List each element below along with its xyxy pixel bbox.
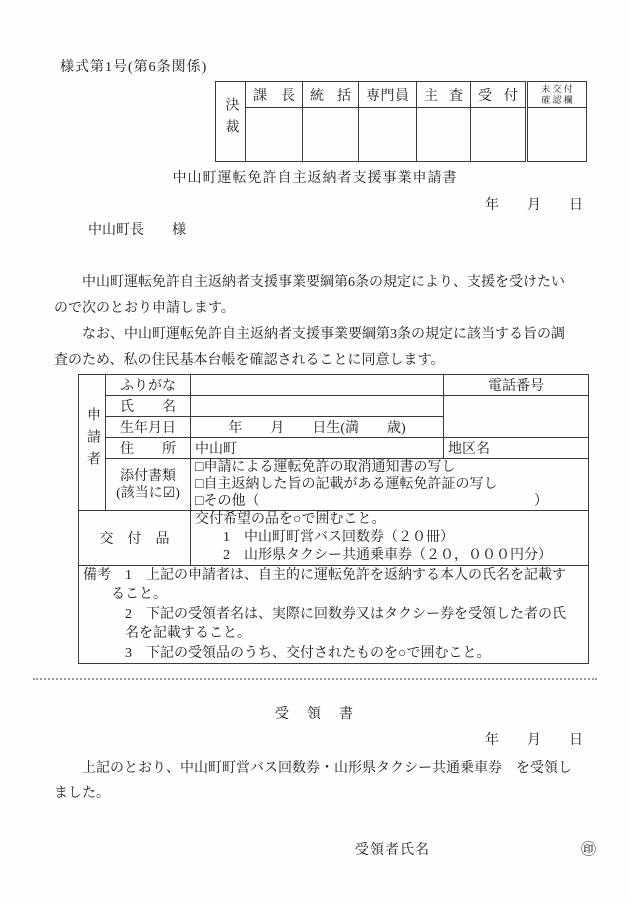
receipt-title: 受 領 書 [0, 703, 630, 723]
remarks-line: 名を記載すること。 [83, 624, 584, 643]
statement-line: 中山町運転免許自主返納者支援事業要綱第6条の規定により、支援を受けたい [54, 270, 579, 296]
remarks-line: 備考 1 上記の申請者は、自主的に運転免許を返納する本人の氏名を記載す [83, 566, 584, 585]
remarks-line: 2 下記の受領者名は、実際に回数券又はタクシー券を受領した者の氏 [83, 605, 584, 624]
stamp-cell-chief-examiner[interactable] [417, 108, 471, 162]
stamp-cell-specialist[interactable] [359, 108, 417, 162]
birthdate-label: 生年月日 [106, 417, 191, 438]
attachment-checkbox-option[interactable]: □申請による運転免許の取消通知書の写し [195, 459, 584, 476]
receipt-statement: 上記のとおり、中山町町営バス回数券・山形県タクシー共通乗車券 を受領し ました。 [54, 756, 579, 806]
recipient-name-label: 受領者氏名 [355, 839, 430, 859]
receipt-statement-line: ました。 [54, 781, 579, 806]
form-number: 様式第1号(第6条関係) [60, 56, 207, 76]
form-title: 中山町運転免許自主返納者支援事業申請書 [0, 167, 630, 187]
receipt-statement-line: 上記のとおり、中山町町営バス回数券・山形県タクシー共通乗車券 を受領し [54, 756, 579, 781]
applicant-side-label-cell: 申請者 [79, 375, 106, 511]
stamp-cell-reception[interactable] [471, 108, 527, 162]
birthdate-field[interactable]: 年 月 日生(満 歳) [191, 417, 444, 438]
applicant-table: 申請者 ふりがな 電話番号 氏 名 生年月日 年 月 日生(満 歳) 住 所 中… [78, 374, 589, 664]
remarks-cell: 備考 1 上記の申請者は、自主的に運転免許を返納する本人の氏名を記載す ること。… [79, 566, 589, 664]
approval-stamp-table: 決裁 課長 統括 専門員 主査 受付 未 交 付 確 認 欄 [215, 81, 587, 162]
remarks-line: 3 下記の受領品のうち、交付されたものを○で囲むこと。 [83, 644, 584, 663]
approval-label: 決裁 [221, 97, 241, 141]
approval-col-specialist: 専門員 [359, 82, 417, 108]
remarks-line: ること。 [83, 585, 584, 604]
address-field[interactable]: 中山町 [191, 438, 444, 459]
phone-label: 電話番号 [444, 375, 589, 396]
application-form-page: 様式第1号(第6条関係) 決裁 課長 統括 専門員 主査 受付 未 交 付 確 … [0, 0, 630, 903]
statement-line: 査のため、私の住民基本台帳を確認されることに同意します。 [54, 348, 579, 374]
issued-items-label: 交 付 品 [79, 511, 191, 566]
statement-line: なお、中山町運転免許自主返納者支援事業要綱第3条の規定に該当する旨の調 [54, 322, 579, 348]
name-field[interactable] [191, 396, 444, 417]
attachment-checkbox-other[interactable]: □その他（ ） [195, 493, 584, 510]
stamp-cell-section-chief[interactable] [246, 108, 303, 162]
furigana-field[interactable] [191, 375, 444, 396]
district-field[interactable]: 地区名 [444, 438, 589, 459]
cut-dotted-line [33, 678, 597, 680]
addressee: 中山町長 様 [88, 219, 186, 239]
issued-items-cell: 交付希望の品を○で囲むこと。 1 中山町町営バス回数券（２０冊） 2 山形県タク… [191, 511, 589, 566]
furigana-label: ふりがな [106, 375, 191, 396]
approval-col-chief-examiner: 主査 [417, 82, 471, 108]
applicant-side-label: 申請者 [82, 407, 102, 473]
approval-col-section-chief: 課長 [246, 82, 303, 108]
approval-label-cell: 決裁 [216, 82, 246, 162]
application-statement: 中山町運転免許自主返納者支援事業要綱第6条の規定により、支援を受けたい ので次の… [54, 270, 579, 374]
approval-col-reception: 受付 [471, 82, 527, 108]
seal-mark: ㊞ [581, 838, 596, 859]
issued-item-option[interactable]: 2 山形県タクシー共通乗車券（２０，０００円分） [195, 547, 584, 565]
attachments-options-cell: □申請による運転免許の取消通知書の写し □自主返納した旨の記載がある運転免許証の… [191, 459, 589, 511]
phone-field[interactable] [444, 396, 589, 438]
attachments-label: 添付書類 (該当に☑) [106, 459, 191, 511]
approval-col-undelivered-check: 未 交 付 確 認 欄 [527, 82, 587, 108]
stamp-cell-undelivered-check[interactable] [527, 108, 587, 162]
name-label: 氏 名 [106, 396, 191, 417]
approval-col-supervisor: 統括 [303, 82, 359, 108]
stamp-cell-supervisor[interactable] [303, 108, 359, 162]
issued-item-option[interactable]: 1 中山町町営バス回数券（２０冊） [195, 529, 584, 547]
statement-line: ので次のとおり申請します。 [54, 296, 579, 322]
application-date-line: 年 月 日 [485, 194, 583, 214]
attachment-checkbox-option[interactable]: □自主返納した旨の記載がある運転免許証の写し [195, 476, 584, 493]
issued-items-note: 交付希望の品を○で囲むこと。 [195, 511, 584, 529]
receipt-date-line: 年 月 日 [485, 729, 583, 749]
address-label: 住 所 [106, 438, 191, 459]
